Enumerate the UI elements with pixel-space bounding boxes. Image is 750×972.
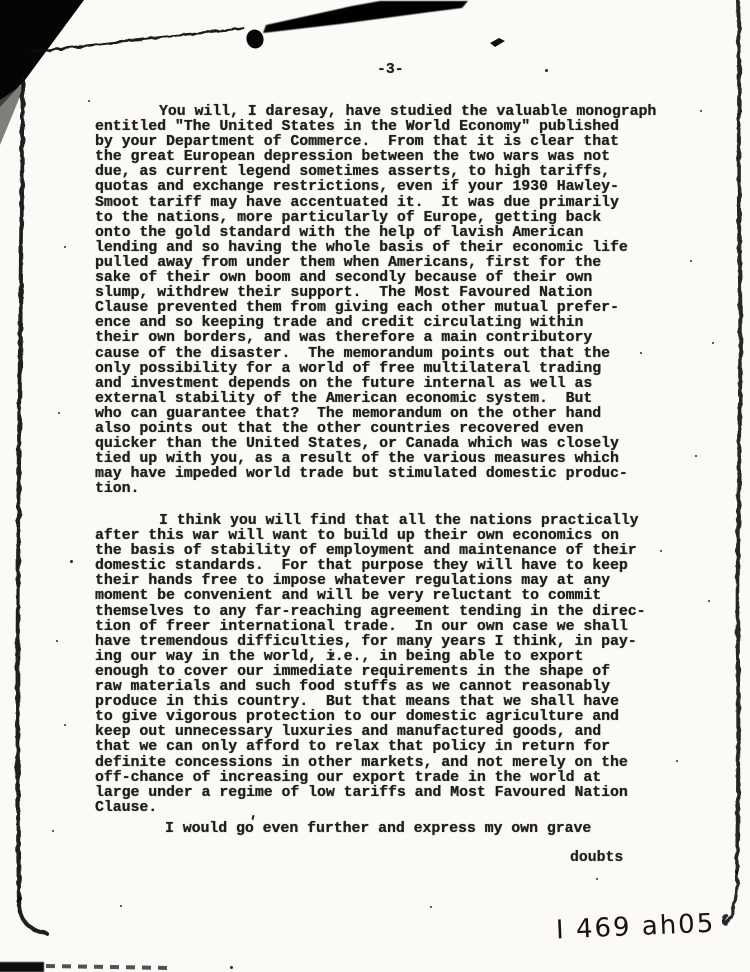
bottom-left-corner-curve xyxy=(19,898,46,933)
top-smudge-band xyxy=(263,1,468,33)
ink-speck xyxy=(695,455,697,457)
bottom-sliver-dashes xyxy=(46,966,170,968)
right-page-edge-line xyxy=(737,0,740,872)
body-paragraph-2: I think you will find that all the natio… xyxy=(95,514,695,816)
ink-speck xyxy=(120,905,122,907)
left-page-edge-line xyxy=(18,78,23,900)
ink-speck xyxy=(64,246,66,248)
ink-speck xyxy=(700,110,702,112)
handwritten-annotation: I 469 ah05 xyxy=(555,909,715,946)
top-edge-line xyxy=(31,28,243,52)
ink-speck xyxy=(660,550,662,552)
ink-speck xyxy=(88,100,90,102)
ink-speck xyxy=(70,560,73,563)
ink-speck xyxy=(52,830,54,832)
body-paragraph-3: I would go even further and express my o… xyxy=(95,822,695,837)
ink-speck xyxy=(676,760,678,762)
ink-speck xyxy=(708,600,710,602)
ink-speck xyxy=(596,878,598,880)
hole-punch-mark xyxy=(244,28,265,51)
diamond-speck xyxy=(490,38,505,47)
stray-mark xyxy=(252,815,255,820)
bottom-sliver xyxy=(0,962,44,972)
ink-speck xyxy=(64,724,66,726)
ink-speck xyxy=(690,260,692,262)
right-page-edge-hook xyxy=(724,872,737,924)
ink-speck xyxy=(58,412,60,414)
body-paragraph-1: You will, I daresay, have studied the va… xyxy=(95,105,695,497)
ink-speck xyxy=(545,69,548,72)
document-page: -3- You will, I daresay, have studied th… xyxy=(0,0,750,972)
ink-speck xyxy=(56,640,58,642)
ink-speck xyxy=(230,966,233,969)
page-number: -3- xyxy=(377,62,404,78)
ink-speck xyxy=(430,906,432,908)
ink-speck xyxy=(712,342,714,344)
catchword: doubts xyxy=(570,850,623,866)
ink-speck xyxy=(640,352,642,354)
